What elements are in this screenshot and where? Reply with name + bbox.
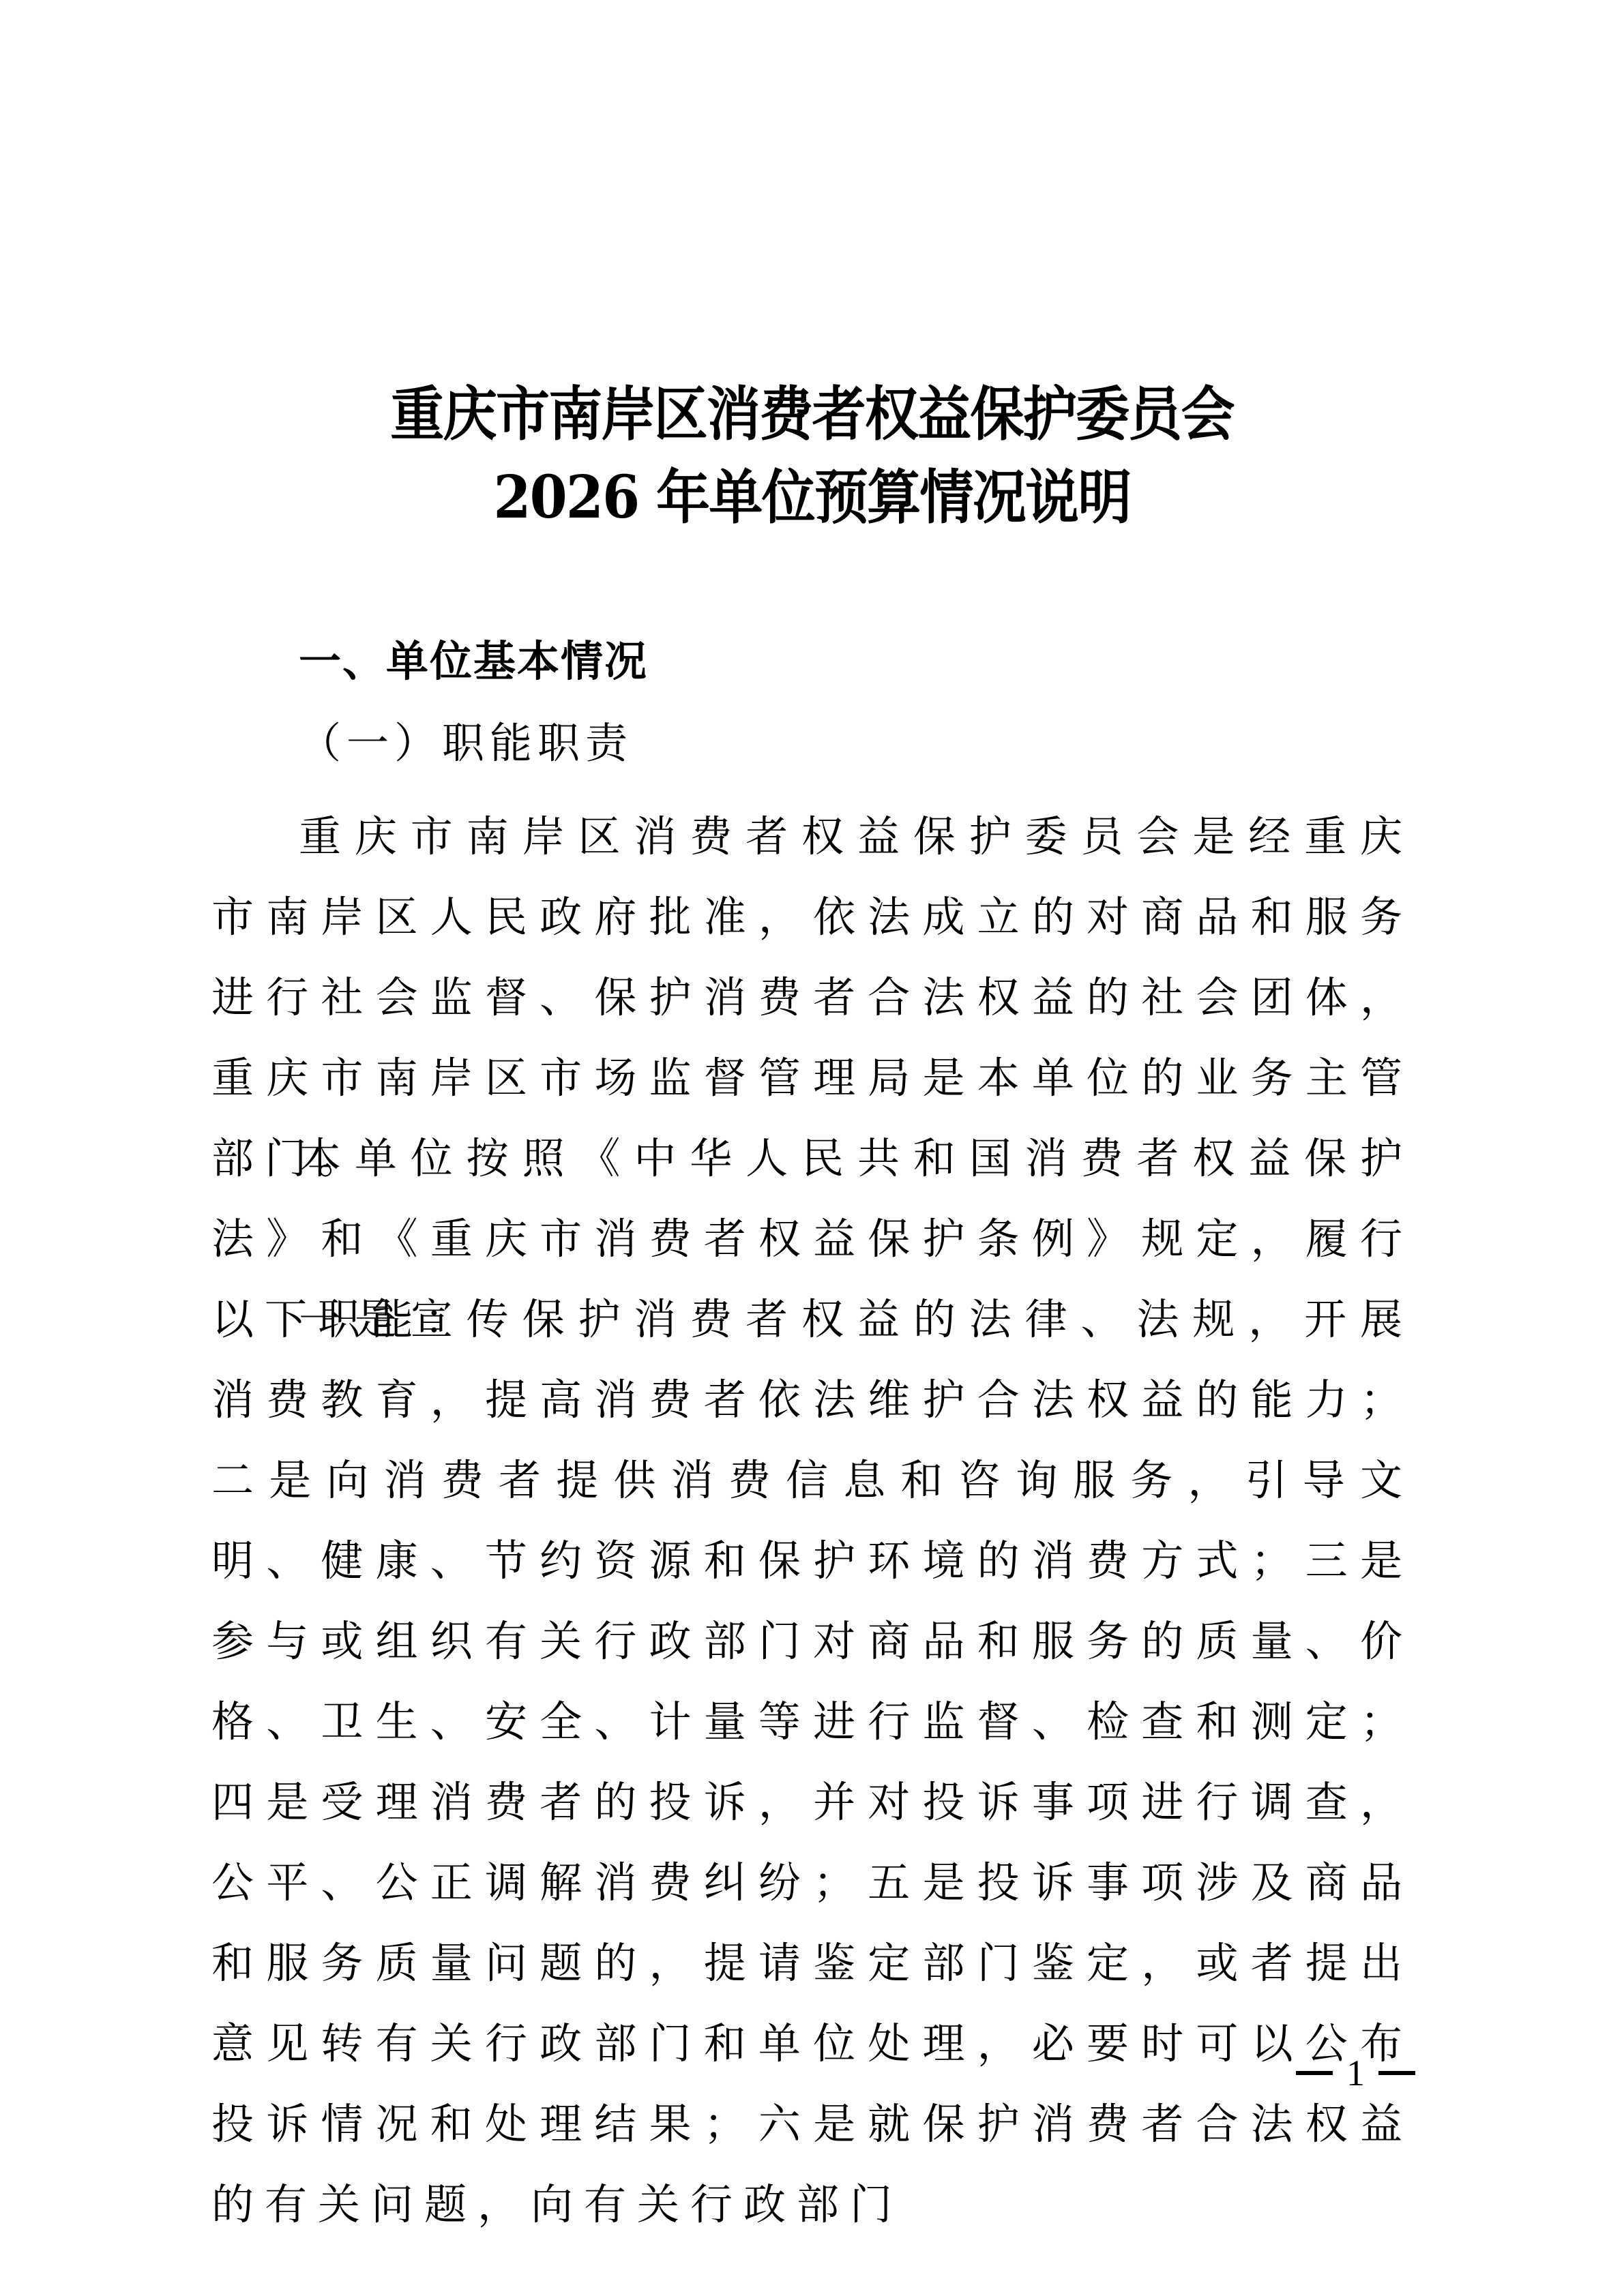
paragraph-function-list: 一是宣传保护消费者权益的法律、法规，开展消费教育，提高消费者依法维护合法权益的能… <box>211 1279 1413 2245</box>
page-number-dash-right <box>1378 2071 1415 2075</box>
document-title-line-1: 重庆市南岸区消费者权益保护委员会 <box>65 381 1559 449</box>
subsection-heading-functions: （一）职能职责 <box>299 716 633 771</box>
document-page: 重庆市南岸区消费者权益保护委员会 2026 年单位预算情况说明 一、单位基本情况… <box>0 0 1624 2296</box>
page-number: 1 <box>1296 2053 1432 2093</box>
page-number-dash-left <box>1296 2071 1333 2075</box>
page-number-value: 1 <box>1346 2053 1365 2093</box>
section-heading-basic-info: 一、单位基本情况 <box>299 634 648 689</box>
document-title-line-2: 2026 年单位预算情况说明 <box>65 464 1559 532</box>
